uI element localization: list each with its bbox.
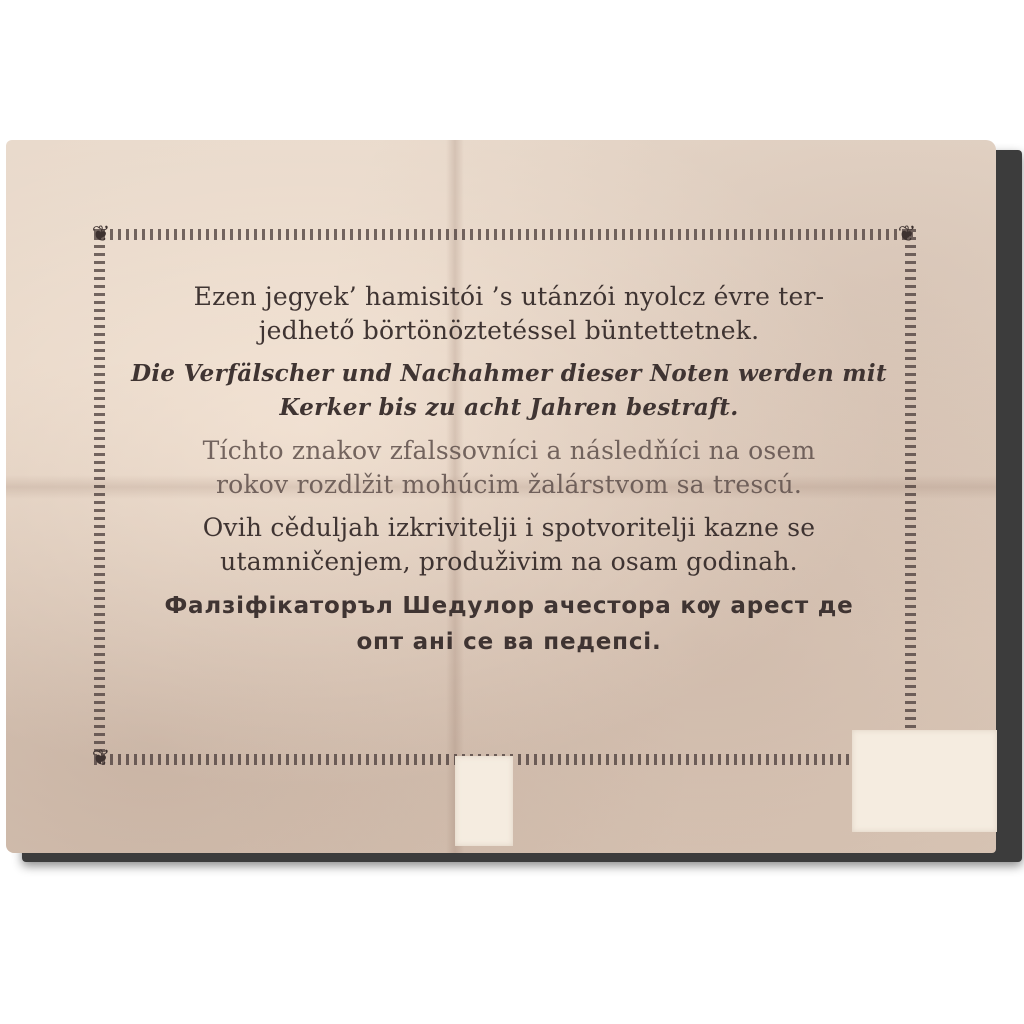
text-line: опт ані се ва педепсі. bbox=[124, 624, 894, 660]
paragraph-hungarian: Ezen jegyek’ hamisitói ’s utánzói nyolcz… bbox=[124, 280, 894, 348]
text-line: Ovih cěduljah izkrivitelji i spotvoritel… bbox=[124, 511, 894, 545]
text-line: Die Verfälscher und Nachahmer dieser Not… bbox=[124, 357, 894, 391]
paragraph-croatian: Ovih cěduljah izkrivitelji i spotvoritel… bbox=[124, 511, 894, 579]
paper-repair-patch bbox=[455, 756, 513, 846]
paragraph-german: Die Verfälscher und Nachahmer dieser Not… bbox=[124, 357, 894, 425]
corner-ornament-icon: ❦ bbox=[90, 224, 112, 246]
text-line: Kerker bis zu acht Jahren bestraft. bbox=[124, 391, 894, 425]
penalty-warning-text: Ezen jegyek’ hamisitói ’s utánzói nyolcz… bbox=[124, 280, 894, 669]
text-line: Tíchto znakov zfalssovníci a následňíci … bbox=[124, 434, 894, 468]
text-line: Фалзіфікаторъл Шедулор ачестора кѹ арест… bbox=[124, 588, 894, 624]
text-line: utamničenjem, produživim na osam godinah… bbox=[124, 545, 894, 579]
paper-repair-patch bbox=[852, 730, 997, 832]
paragraph-slovak: Tíchto znakov zfalssovníci a následňíci … bbox=[124, 434, 894, 502]
text-line: jedhető börtönöztetéssel büntettetnek. bbox=[124, 314, 894, 348]
text-line: rokov rozdlžit mohúcim žalárstvom sa tre… bbox=[124, 468, 894, 502]
corner-ornament-icon: ❦ bbox=[90, 748, 112, 770]
corner-ornament-icon: ❦ bbox=[896, 224, 918, 246]
paragraph-romanian-cyrillic: Фалзіфікаторъл Шедулор ачестора кѹ арест… bbox=[124, 588, 894, 660]
banknote: ❦ ❦ ❦ ❦ Ezen jegyek’ hamisitói ’s utánzó… bbox=[6, 140, 996, 853]
text-line: Ezen jegyek’ hamisitói ’s utánzói nyolcz… bbox=[124, 280, 894, 314]
